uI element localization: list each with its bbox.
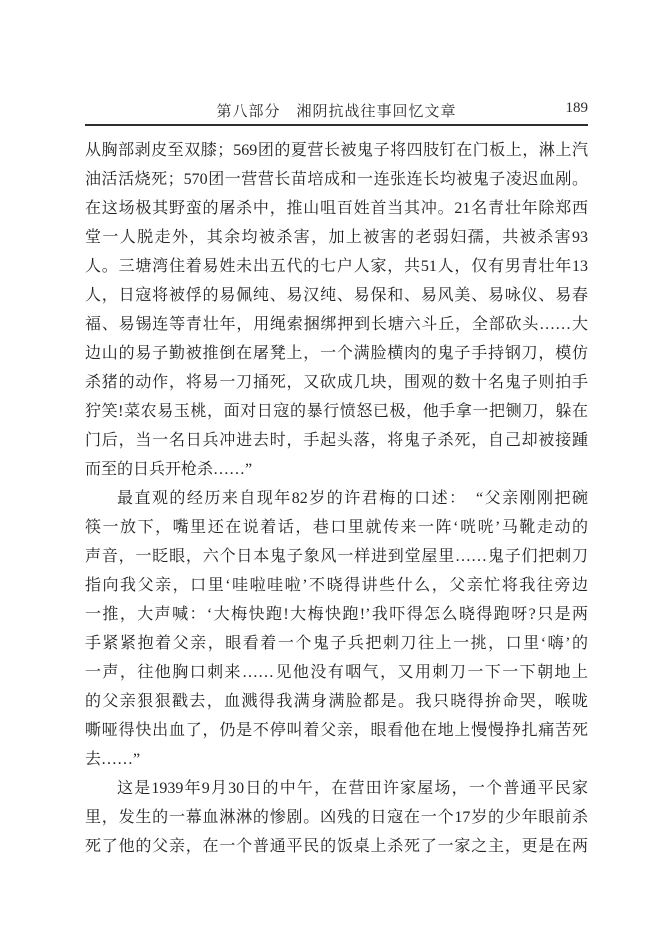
text-line: 在这场极其野蛮的屠杀中，推山咀百姓首当其冲。21名青壮年除郑西 <box>85 194 588 223</box>
page-number: 189 <box>566 100 589 117</box>
text-line: 福、易锡连等青壮年，用绳索捆绑押到长塘六斗丘，全部砍头……大 <box>85 310 588 339</box>
text-line: 人，日寇将被俘的易佩纯、易汉纯、易保和、易风美、易咏仪、易春 <box>85 281 588 310</box>
text-line: 声音，一眨眼，六个日本鬼子象风一样进到堂屋里……鬼子们把刺刀 <box>85 542 588 571</box>
text-line: 从胸部剥皮至双膝；569团的夏营长被鬼子将四肢钉在门板上，淋上汽 <box>85 136 588 165</box>
text-line: 嘶哑得快出血了，仍是不停叫着父亲，眼看他在地上慢慢挣扎痛苦死 <box>85 716 588 745</box>
section-title: 第八部分 湘阴抗战往事回忆文章 <box>85 100 588 121</box>
page-header: 第八部分 湘阴抗战往事回忆文章 189 <box>85 100 588 122</box>
text-line: 人。三塘湾住着易姓未出五代的七户人家，共51人，仅有男青壮年13 <box>85 252 588 281</box>
text-line: 里，发生的一幕血淋淋的惨剧。凶残的日寇在一个17岁的少年眼前杀 <box>85 803 588 832</box>
text-line: 油活活烧死；570团一营营长苗培成和一连张连长均被鬼子凌迟血剐。 <box>85 165 588 194</box>
text-line: 边山的易子勤被推倒在屠凳上，一个满脸横肉的鬼子手持钢刀，模仿 <box>85 339 588 368</box>
text-line: 堂一人脱走外，其余均被杀害，加上被害的老弱妇孺，共被杀害93 <box>85 223 588 252</box>
text-line: 一声，往他胸口刺来……见他没有咽气，又用刺刀一下一下朝地上 <box>85 658 588 687</box>
text-line: 指向我父亲，口里‘哇啦哇啦’不晓得讲些什么，父亲忙将我往旁边 <box>85 571 588 600</box>
text-line: 去……” <box>85 745 588 774</box>
text-line: 而至的日兵开枪杀……” <box>85 455 588 484</box>
text-line: 狞笑!菜农易玉桃，面对日寇的暴行愤怒已极，他手拿一把铡刀，躲在 <box>85 397 588 426</box>
paragraph: 从胸部剥皮至双膝；569团的夏营长被鬼子将四肢钉在门板上，淋上汽油活活烧死；57… <box>85 136 588 484</box>
body-text: 从胸部剥皮至双膝；569团的夏营长被鬼子将四肢钉在门板上，淋上汽油活活烧死；57… <box>85 136 588 861</box>
book-page: 第八部分 湘阴抗战往事回忆文章 189 从胸部剥皮至双膝；569团的夏营长被鬼子… <box>0 0 665 929</box>
text-line: 这是1939年9月30日的中午，在营田许家屋场，一个普通平民家 <box>85 774 588 803</box>
text-line: 最直观的经历来自现年82岁的许君梅的口述： “父亲刚刚把碗 <box>85 484 588 513</box>
text-line: 杀猪的动作，将易一刀捅死，又砍成几块，围观的数十名鬼子则拍手 <box>85 368 588 397</box>
text-line: 的父亲狠狠戳去，血溅得我满身满脸都是。我只晓得拚命哭，喉咙 <box>85 687 588 716</box>
text-line: 门后，当一名日兵冲进去时，手起头落，将鬼子杀死，自己却被接踵 <box>85 426 588 455</box>
text-line: 一推，大声喊：‘大梅快跑!大梅快跑!’我吓得怎么晓得跑呀?只是两 <box>85 600 588 629</box>
text-line: 手紧紧抱着父亲，眼看着一个鬼子兵把刺刀往上一挑，口里‘嗨’的 <box>85 629 588 658</box>
paragraph: 这是1939年9月30日的中午，在营田许家屋场，一个普通平民家里，发生的一幕血淋… <box>85 774 588 861</box>
paragraph: 最直观的经历来自现年82岁的许君梅的口述： “父亲刚刚把碗筷一放下，嘴里还在说着… <box>85 484 588 774</box>
text-line: 死了他的父亲，在一个普通平民的饭桌上杀死了一家之主，更是在两 <box>85 832 588 861</box>
header-rule <box>85 124 588 126</box>
text-line: 筷一放下，嘴里还在说着话，巷口里就传来一阵‘咣咣’马靴走动的 <box>85 513 588 542</box>
